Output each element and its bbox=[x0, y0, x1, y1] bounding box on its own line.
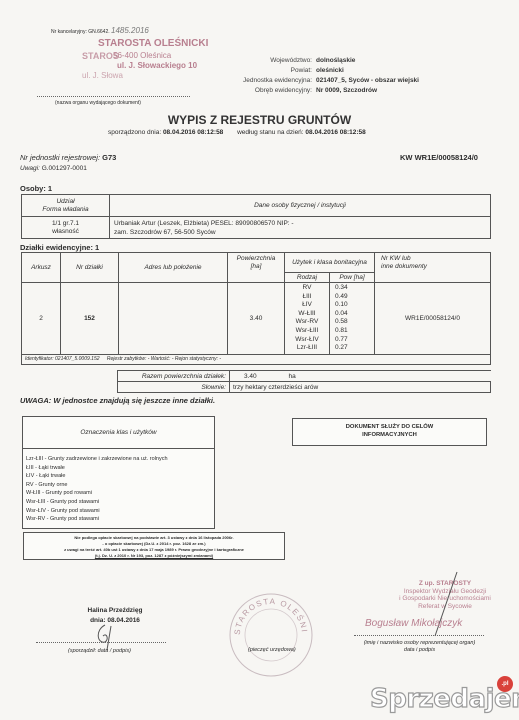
persons-table: Udział Forma władania Dane osoby fizyczn… bbox=[21, 194, 491, 239]
words-row: Słownie: trzy hektary czterdzieści arów bbox=[118, 382, 491, 393]
words-value: trzy hektary czterdzieści arów bbox=[230, 382, 491, 393]
words-label: Słownie: bbox=[118, 382, 230, 393]
watermark-text: Sprzedajemy bbox=[370, 684, 519, 714]
total-label: Razem powierzchnia działek: bbox=[118, 371, 230, 382]
info-box: DOKUMENT SŁUŻY DO CELÓW INFORMACYJNYCH bbox=[292, 418, 487, 446]
use-area: 0.77 bbox=[335, 336, 374, 345]
total-value-cell: 3.40 ha bbox=[230, 371, 491, 382]
registry-unit: Nr jednostki rejestrowej: G73 bbox=[20, 153, 116, 162]
use-header: Użytek i klasa bonitacyjna bbox=[285, 253, 375, 273]
legend-box: Oznaczenia klas i użytków Lzr-ŁIII - Gru… bbox=[22, 416, 215, 529]
location-row: Jednostka ewidencyjna:021407_5, Syców - … bbox=[172, 76, 419, 86]
preparer-caption: (sporządził: data / podpis) bbox=[68, 648, 131, 654]
total-row: Razem powierzchnia działek: 3.40 ha bbox=[118, 371, 491, 382]
use-kind: RV bbox=[285, 284, 329, 293]
preparer-line bbox=[36, 642, 166, 643]
issuer-line bbox=[37, 96, 190, 97]
issuer-stamp-title: STAROSTA OLEŚNICKI bbox=[98, 38, 208, 49]
official-name: Bogusław Mikołajczyk bbox=[365, 618, 462, 629]
use-area: 0.58 bbox=[335, 318, 374, 327]
notes-label: Uwagi: bbox=[20, 165, 40, 172]
created-label: sporządzono dnia: bbox=[108, 129, 161, 136]
total-value: 3.40 bbox=[244, 373, 257, 380]
location-label: Województwo: bbox=[172, 56, 312, 66]
preparer-name: Halina Przeździęg bbox=[75, 606, 155, 616]
share-value: 1/1 gr.7.1 bbox=[22, 220, 109, 228]
area-header: Powierzchnia [ha] bbox=[228, 253, 285, 283]
use-area-header: Pow [ha] bbox=[330, 273, 375, 283]
official-line bbox=[354, 635, 484, 636]
use-kind: Wsr-ŁIV bbox=[285, 336, 329, 345]
legend-item: ŁIII - Łąki trwałe bbox=[26, 464, 214, 473]
registry-unit-value: G73 bbox=[102, 153, 116, 162]
issuer-stamp-city: 56-400 Oleśnica bbox=[113, 51, 171, 60]
kw-header-line2: inne dokumenty bbox=[381, 263, 490, 271]
person-name: Urbaniak Artur (Leszek, Elżbieta) PESEL:… bbox=[114, 219, 490, 228]
parcels-table: Arkusz Nr działki Adres lub położenie Po… bbox=[21, 252, 491, 365]
kw-header-line: Nr KW lub bbox=[381, 255, 490, 263]
document-title: WYPIS Z REJESTRU GRUNTÓW bbox=[0, 113, 519, 127]
use-area: 0.49 bbox=[335, 293, 374, 302]
address-cell bbox=[119, 283, 228, 355]
monuments: Rejestr zabytków: - Wartość: - Rejon sta… bbox=[107, 356, 221, 362]
official-caption-line: data i podpis bbox=[352, 647, 487, 654]
total-unit: ha bbox=[288, 373, 295, 380]
use-kind-header: Rodzaj bbox=[285, 273, 330, 283]
table-row: 1/1 gr.7.1 własność Urbaniak Artur (Lesz… bbox=[22, 217, 491, 239]
totals-table: Razem powierzchnia działek: 3.40 ha Słow… bbox=[117, 370, 491, 393]
parcel-number-cell: 152 bbox=[61, 283, 119, 355]
legend-item: Lzr-ŁIII - Grunty zadrzewione i zakrzewi… bbox=[26, 455, 214, 464]
official-caption-line: (imię i nazwisko osoby reprezentującej o… bbox=[352, 640, 487, 647]
person-data-header: Dane osoby fizycznej / instytucji bbox=[110, 195, 491, 217]
form-value: własność bbox=[22, 228, 109, 236]
fee-note: Nie podlega opłacie skarbowej na podstaw… bbox=[23, 532, 285, 560]
use-kind: W-ŁIII bbox=[285, 310, 329, 319]
svg-text:STAROSTA OLEŚNICKI: STAROSTA OLEŚNICKI bbox=[228, 592, 309, 635]
area-header-unit: [ha] bbox=[228, 263, 284, 271]
location-label: Powiat: bbox=[172, 66, 312, 76]
office-number-label: Nr kancelaryjny: GN.6642. bbox=[51, 29, 110, 35]
watermark-badge-icon: .pl bbox=[497, 676, 513, 692]
use-area-cell: 0.34 0.49 0.10 0.04 0.58 0.81 0.77 0.27 bbox=[330, 283, 375, 355]
use-kind-cell: RV ŁIII ŁIV W-ŁIII Wsr-RV Wsr-ŁIII Wsr-Ł… bbox=[285, 283, 330, 355]
use-area: 0.10 bbox=[335, 301, 374, 310]
persons-header-row: Udział Forma władania Dane osoby fizyczn… bbox=[22, 195, 491, 217]
legend-list: Lzr-ŁIII - Grunty zadrzewione i zakrzewi… bbox=[23, 449, 214, 524]
location-value: 021407_5, Syców - obszar wiejski bbox=[316, 76, 419, 86]
share-cell: 1/1 gr.7.1 własność bbox=[22, 217, 110, 239]
parcel-number-header: Nr działki bbox=[61, 253, 119, 283]
created-date: sporządzono dnia: 08.04.2016 08:12:58 we… bbox=[108, 129, 366, 136]
persons-heading: Osoby: 1 bbox=[20, 184, 52, 193]
use-area: 0.04 bbox=[335, 310, 374, 319]
share-header: Udział Forma władania bbox=[22, 195, 110, 217]
use-kind: ŁIV bbox=[285, 301, 329, 310]
address-header: Adres lub położenie bbox=[119, 253, 228, 283]
legend-item: Wsr-ŁIII - Grunty pod stawami bbox=[26, 498, 214, 507]
person-address: zam. Szczodrów 67, 56-500 Syców bbox=[114, 228, 490, 237]
use-kind: Wsr-ŁIII bbox=[285, 327, 329, 336]
registry-notes: Uwagi: G.001297-0001 bbox=[20, 165, 87, 172]
identifier: Identyfikator: 021407_5.0009.152 bbox=[25, 356, 100, 362]
use-kind: ŁIII bbox=[285, 293, 329, 302]
location-label: Obręb ewidencyjny: bbox=[172, 86, 312, 96]
sheet-header: Arkusz bbox=[22, 253, 61, 283]
identifier-row: Identyfikator: 021407_5.0009.152 Rejestr… bbox=[22, 354, 491, 364]
office-number: Nr kancelaryjny: GN.6642. 1485.2016 bbox=[51, 26, 149, 35]
legend-item: ŁIV - Łąki trwałe bbox=[26, 472, 214, 481]
location-value: oleśnicki bbox=[316, 66, 344, 76]
use-area: 0.27 bbox=[335, 344, 374, 353]
info-line: DOKUMENT SŁUŻY DO CELÓW bbox=[293, 423, 486, 431]
use-kind: Wsr-RV bbox=[285, 318, 329, 327]
identifier-cell: Identyfikator: 021407_5.0009.152 Rejestr… bbox=[22, 354, 491, 364]
legend-item: W-ŁIII - Grunty pod rowami bbox=[26, 489, 214, 498]
person-cell: Urbaniak Artur (Leszek, Elżbieta) PESEL:… bbox=[110, 217, 491, 239]
table-row: 2 152 3.40 RV ŁIII ŁIV W-ŁIII Wsr-RV Wsr… bbox=[22, 283, 491, 355]
location-row: Obręb ewidencyjny:Nr 0009, Szczodrów bbox=[172, 86, 419, 96]
area-header-line: Powierzchnia bbox=[228, 255, 284, 263]
notes-value: G.001297-0001 bbox=[42, 165, 87, 172]
location-value: dolnośląskie bbox=[316, 56, 355, 66]
seal-caption: (pieczęć urzędowa) bbox=[248, 647, 296, 653]
parcels-header-row: Arkusz Nr działki Adres lub położenie Po… bbox=[22, 253, 491, 273]
use-kind: Lzr-ŁIII bbox=[285, 344, 329, 353]
form-header-line: Forma władania bbox=[22, 206, 109, 214]
use-area: 0.81 bbox=[335, 327, 374, 336]
sheet-cell: 2 bbox=[22, 283, 61, 355]
area-cell: 3.40 bbox=[228, 283, 285, 355]
parcels-heading: Działki ewidencyjne: 1 bbox=[20, 243, 99, 252]
official-caption: (imię i nazwisko osoby reprezentującej o… bbox=[352, 640, 487, 654]
kw-number: KW WR1E/00058124/0 bbox=[400, 153, 478, 162]
issuer-caption: (nazwa organu wydającego dokument) bbox=[55, 100, 141, 106]
state-label: według stanu na dzień: bbox=[237, 129, 304, 136]
created-value: 08.04.2016 08:12:58 bbox=[163, 129, 223, 136]
location-value: Nr 0009, Szczodrów bbox=[316, 86, 377, 96]
share-header-line: Udział bbox=[22, 198, 109, 206]
location-row: Powiat:oleśnicki bbox=[172, 66, 419, 76]
warning-text: UWAGA: W jednostce znajdują się jeszcze … bbox=[20, 396, 215, 405]
official-seal-icon: STAROSTA OLEŚNICKI bbox=[228, 592, 314, 678]
legend-item: RV - Grunty orne bbox=[26, 481, 214, 490]
use-area: 0.34 bbox=[335, 284, 374, 293]
issuer-stamp-street-overlap: ul. J. Słowa bbox=[82, 71, 123, 80]
registry-unit-label: Nr jednostki rejestrowej: bbox=[20, 153, 100, 162]
location-block: Województwo:dolnośląskie Powiat:oleśnick… bbox=[172, 56, 419, 96]
office-number-handwritten: 1485.2016 bbox=[111, 26, 149, 35]
official-signature-icon bbox=[430, 570, 460, 640]
legend-item: Wsr-ŁIV - Grunty pod stawami bbox=[26, 507, 214, 516]
state-value: 08.04.2016 08:12:58 bbox=[305, 129, 365, 136]
location-label: Jednostka ewidencyjna: bbox=[172, 76, 312, 86]
kw-cell: WR1E/00058124/0 bbox=[375, 283, 491, 355]
kw-header: Nr KW lub inne dokumenty bbox=[375, 253, 491, 283]
legend-title: Oznaczenia klas i użytków bbox=[23, 417, 214, 449]
location-row: Województwo:dolnośląskie bbox=[172, 56, 419, 66]
legend-item: Wsr-RV - Grunty pod stawami bbox=[26, 515, 214, 524]
info-line: INFORMACYJNYCH bbox=[293, 431, 486, 439]
fee-line: (t.j. Dz. U. z 2010 r. Nr 193, poz. 1287… bbox=[24, 553, 284, 559]
